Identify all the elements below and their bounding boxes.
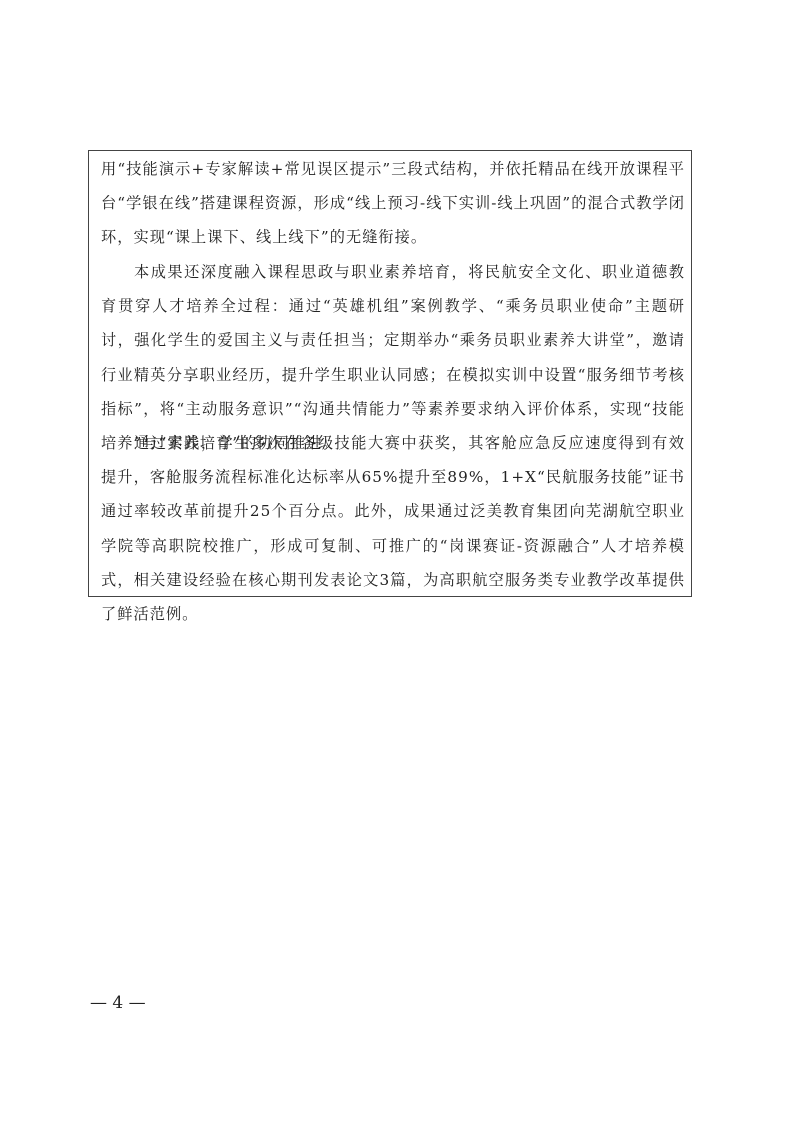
paragraph-results: 通过实践，学生多次在各级技能大赛中获奖，其客舱应急反应速度得到有效提升，客舱服务…	[101, 426, 685, 631]
paragraph-teaching-structure: 用“技能演示+专家解读+常见误区提示”三段式结构，并依托精品在线开放课程平台“学…	[101, 152, 685, 255]
page-number: — 4 —	[90, 993, 146, 1013]
